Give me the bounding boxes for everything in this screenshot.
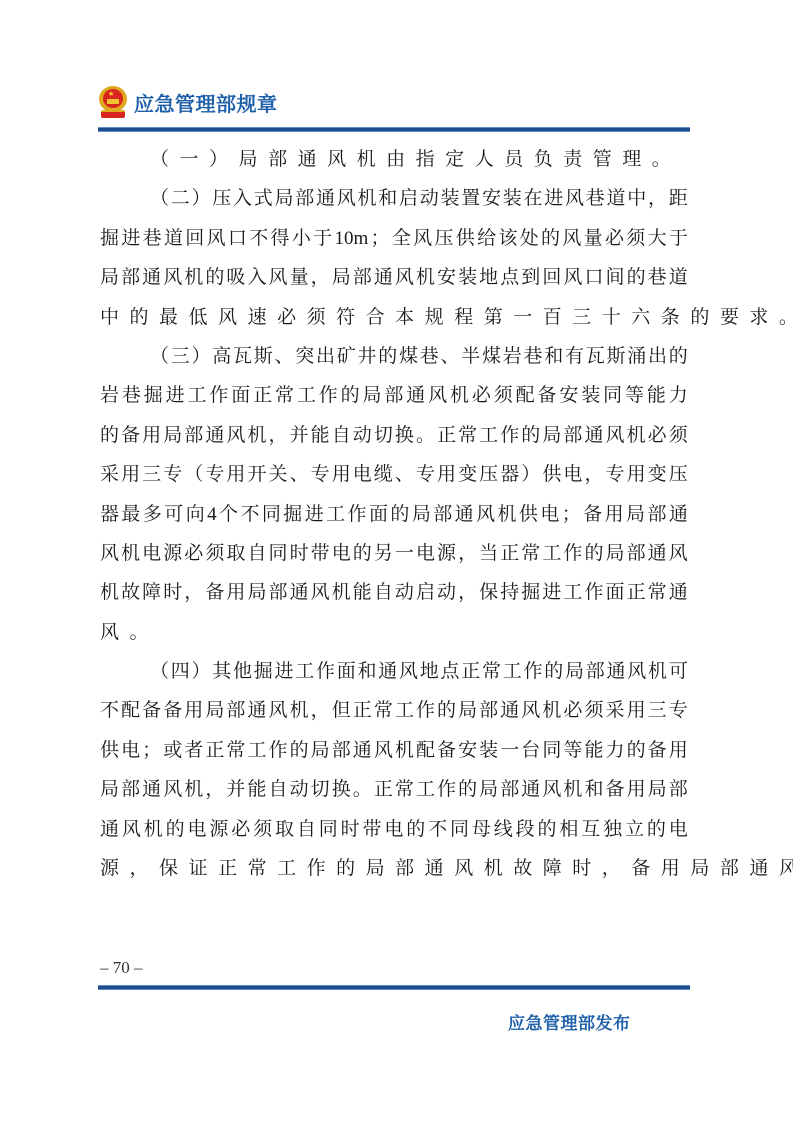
text-line: 局部通风机，并能自动切换。正常工作的局部通风机和备用局部 <box>100 770 688 809</box>
paragraph-item-1: （一）局部通风机由指定人员负责管理。 <box>100 140 688 179</box>
paragraph-item-4: （四）其他掘进工作面和通风地点正常工作的局部通风机可不配备备用局部通风机，但正常… <box>100 652 688 888</box>
text-line: 供电；或者正常工作的局部通风机配备安装一台同等能力的备用 <box>100 731 688 770</box>
text-line: 机故障时，备用局部通风机能自动启动，保持掘进工作面正常通 <box>100 573 688 612</box>
text-line: 源，保证正常工作的局部通风机故障时，备用局部通风机能投入 <box>100 849 688 888</box>
header-divider <box>98 127 690 132</box>
text-line: 风。 <box>100 613 688 652</box>
paragraph-item-2: （二）压入式局部通风机和启动装置安装在进风巷道中，距掘进巷道回风口不得小于10m… <box>100 179 688 337</box>
text-line: 掘进巷道回风口不得小于10m；全风压供给该处的风量必须大于 <box>100 219 688 258</box>
text-line: 风机电源必须取自同时带电的另一电源，当正常工作的局部通风 <box>100 534 688 573</box>
text-line: 局部通风机的吸入风量，局部通风机安装地点到回风口间的巷道 <box>100 258 688 297</box>
page-number: – 70 – <box>100 958 143 978</box>
text-line: 通风机的电源必须取自同时带电的不同母线段的相互独立的电 <box>100 810 688 849</box>
text-line: 岩巷掘进工作面正常工作的局部通风机必须配备安装同等能力 <box>100 376 688 415</box>
text-line: （二）压入式局部通风机和启动装置安装在进风巷道中，距 <box>100 179 688 218</box>
text-line: （一）局部通风机由指定人员负责管理。 <box>100 140 688 179</box>
text-line: 中的最低风速必须符合本规程第一百三十六条的要求。 <box>100 298 688 337</box>
text-line: 器最多可向4个不同掘进工作面的局部通风机供电；备用局部通 <box>100 495 688 534</box>
text-line: 不配备备用局部通风机，但正常工作的局部通风机必须采用三专 <box>100 691 688 730</box>
header-title: 应急管理部规章 <box>134 88 278 117</box>
paragraph-item-3: （三）高瓦斯、突出矿井的煤巷、半煤岩巷和有瓦斯涌出的岩巷掘进工作面正常工作的局部… <box>100 337 688 652</box>
page-header: ★ 应急管理部规章 <box>98 82 278 122</box>
text-line: 的备用局部通风机，并能自动切换。正常工作的局部通风机必须 <box>100 416 688 455</box>
national-emblem-icon: ★ <box>98 86 128 118</box>
footer-publisher: 应急管理部发布 <box>508 1009 631 1034</box>
text-line: （三）高瓦斯、突出矿井的煤巷、半煤岩巷和有瓦斯涌出的 <box>100 337 688 376</box>
footer-divider <box>98 985 690 990</box>
text-line: （四）其他掘进工作面和通风地点正常工作的局部通风机可 <box>100 652 688 691</box>
document-body: （一）局部通风机由指定人员负责管理。（二）压入式局部通风机和启动装置安装在进风巷… <box>100 140 688 888</box>
text-line: 采用三专（专用开关、专用电缆、专用变压器）供电，专用变压 <box>100 455 688 494</box>
